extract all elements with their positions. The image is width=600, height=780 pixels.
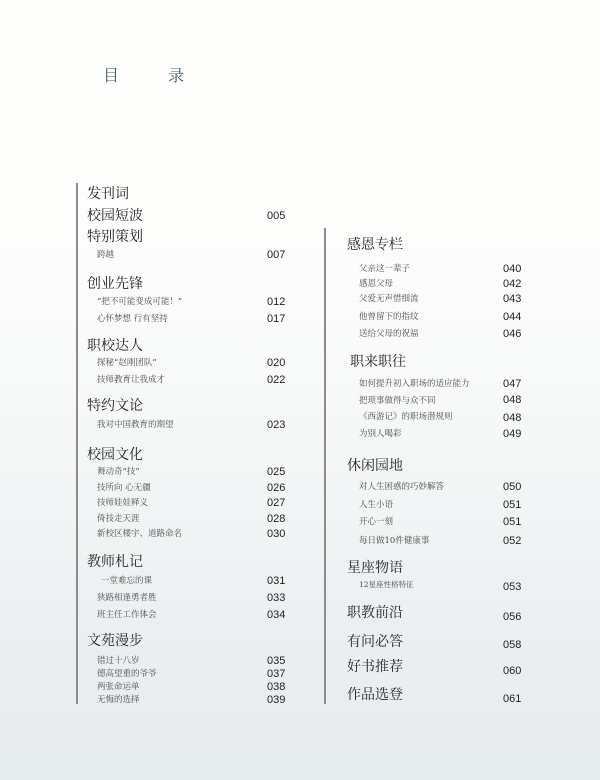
toc-entry[interactable]: 把琐事做得与众不同 bbox=[359, 395, 436, 407]
toc-page-number: 023 bbox=[267, 419, 285, 431]
toc-section-heading[interactable]: 创业先锋 bbox=[87, 275, 143, 293]
toc-entry[interactable]: “把不可能变成可能！” bbox=[97, 296, 182, 308]
toc-page-number: 053 bbox=[503, 581, 521, 593]
toc-page-number: 049 bbox=[503, 428, 521, 440]
toc-entry[interactable]: 技师娃娃释义 bbox=[97, 497, 148, 509]
toc-section-heading[interactable]: 校园文化 bbox=[87, 446, 143, 464]
toc-entry[interactable]: 心怀梦想 行有坚持 bbox=[97, 313, 168, 325]
toc-page-number: 052 bbox=[503, 535, 521, 547]
toc-page-number: 037 bbox=[267, 668, 285, 680]
toc-page-number: 051 bbox=[503, 516, 521, 528]
toc-page-number: 038 bbox=[267, 681, 285, 693]
toc-page-number: 031 bbox=[267, 575, 285, 587]
toc-page-number: 005 bbox=[267, 209, 285, 223]
toc-page-number: 039 bbox=[267, 694, 285, 706]
toc-entry[interactable]: 为别人喝彩 bbox=[359, 428, 402, 440]
toc-entry[interactable]: 开心一刻 bbox=[359, 516, 393, 528]
toc-entry[interactable]: 德高望重的爷爷 bbox=[97, 668, 157, 680]
toc-page-number: 043 bbox=[503, 293, 521, 305]
toc-entry[interactable]: 送给父母的祝福 bbox=[359, 328, 419, 340]
toc-entry[interactable]: 跨越 bbox=[97, 249, 114, 261]
toc-section-heading[interactable]: 特约文论 bbox=[87, 397, 143, 415]
left-column-rule bbox=[76, 183, 78, 704]
toc-entry[interactable]: 两张命运单 bbox=[97, 681, 140, 693]
toc-entry[interactable]: 一堂难忘的课 bbox=[101, 575, 152, 587]
toc-section-heading[interactable]: 校园短波 bbox=[87, 207, 143, 225]
toc-page-number: 051 bbox=[503, 499, 521, 511]
toc-page-number: 047 bbox=[503, 378, 521, 390]
toc-section-heading[interactable]: 有问必答 bbox=[347, 633, 403, 651]
toc-section-heading[interactable]: 特别策划 bbox=[87, 228, 143, 246]
toc-entry[interactable]: 人生小语 bbox=[359, 499, 393, 511]
toc-entry[interactable]: 他曾留下的指纹 bbox=[359, 311, 419, 323]
toc-page-number: 042 bbox=[503, 278, 521, 290]
toc-page-number: 061 bbox=[503, 692, 521, 706]
toc-entry[interactable]: 探秘“赵刚团队” bbox=[97, 357, 157, 369]
toc-entry[interactable]: 狭路相逢勇者胜 bbox=[97, 592, 157, 604]
toc-page-number: 035 bbox=[267, 655, 285, 667]
toc-page-number: 056 bbox=[503, 610, 521, 624]
toc-entry[interactable]: 错过十八岁 bbox=[97, 655, 140, 667]
toc-page-number: 048 bbox=[503, 394, 521, 406]
toc-entry[interactable]: 12星座性格特征 bbox=[359, 579, 414, 591]
toc-page-number: 007 bbox=[267, 249, 285, 261]
toc-page-number: 050 bbox=[503, 481, 521, 493]
toc-section-heading[interactable]: 发刊词 bbox=[87, 185, 129, 203]
toc-entry[interactable]: 《西游记》的职场潜规则 bbox=[359, 411, 453, 423]
toc-page-number: 034 bbox=[267, 609, 285, 621]
toc-entry[interactable]: 如何提升初入职场的适应能力 bbox=[359, 378, 470, 390]
toc-section-heading[interactable]: 好书推荐 bbox=[347, 658, 403, 676]
toc-section-heading[interactable]: 休闲园地 bbox=[347, 457, 403, 475]
toc-page-number: 033 bbox=[267, 592, 285, 604]
page-title: 目 录 bbox=[103, 63, 206, 86]
toc-page-number: 020 bbox=[267, 357, 285, 369]
toc-section-heading[interactable]: 职来职往 bbox=[350, 353, 406, 371]
toc-page-number: 027 bbox=[267, 497, 285, 509]
toc-page-number: 046 bbox=[503, 328, 521, 340]
toc-entry[interactable]: 班主任工作体会 bbox=[97, 609, 157, 621]
toc-page-number: 030 bbox=[267, 528, 285, 540]
toc-entry[interactable]: 每日做10件健康事 bbox=[359, 535, 429, 547]
toc-entry[interactable]: 父爱无声惜细流 bbox=[359, 293, 419, 305]
toc-page-number: 058 bbox=[503, 638, 521, 652]
toc-entry[interactable]: 倚技走天涯 bbox=[97, 513, 140, 525]
toc-section-heading[interactable]: 教师札记 bbox=[87, 553, 143, 571]
right-column-rule bbox=[324, 228, 326, 704]
toc-page-number: 012 bbox=[267, 296, 285, 308]
toc-entry[interactable]: 对人生困惑的巧妙解答 bbox=[359, 481, 444, 493]
toc-page-number: 026 bbox=[267, 482, 285, 494]
toc-entry[interactable]: 父亲这一辈子 bbox=[359, 263, 410, 275]
toc-section-heading[interactable]: 感恩专栏 bbox=[347, 236, 403, 254]
toc-entry[interactable]: 舞动奇“技” bbox=[97, 466, 140, 478]
toc-entry[interactable]: 感恩父母 bbox=[359, 278, 393, 290]
toc-entry[interactable]: 技师教育让我成才 bbox=[97, 374, 165, 386]
toc-entry[interactable]: 我对中国教育的期望 bbox=[97, 419, 174, 431]
toc-entry[interactable]: 技所向 心无疆 bbox=[97, 482, 151, 494]
toc-entry[interactable]: 无悔的选择 bbox=[97, 694, 140, 706]
toc-section-heading[interactable]: 职校达人 bbox=[87, 337, 143, 355]
toc-page-number: 044 bbox=[503, 311, 521, 323]
toc-page-number: 025 bbox=[267, 466, 285, 478]
toc-entry[interactable]: 新校区楼宇、道路命名 bbox=[97, 528, 182, 540]
toc-section-heading[interactable]: 文苑漫步 bbox=[87, 632, 143, 650]
toc-page-number: 028 bbox=[267, 513, 285, 525]
toc-page-number: 022 bbox=[267, 374, 285, 386]
toc-page-number: 017 bbox=[267, 313, 285, 325]
toc-section-heading[interactable]: 职教前沿 bbox=[347, 604, 403, 622]
toc-page-number: 048 bbox=[503, 412, 521, 424]
toc-section-heading[interactable]: 作品选登 bbox=[347, 686, 403, 704]
toc-section-heading[interactable]: 星座物语 bbox=[347, 559, 403, 577]
toc-page-number: 040 bbox=[503, 263, 521, 275]
toc-page-number: 060 bbox=[503, 664, 521, 678]
